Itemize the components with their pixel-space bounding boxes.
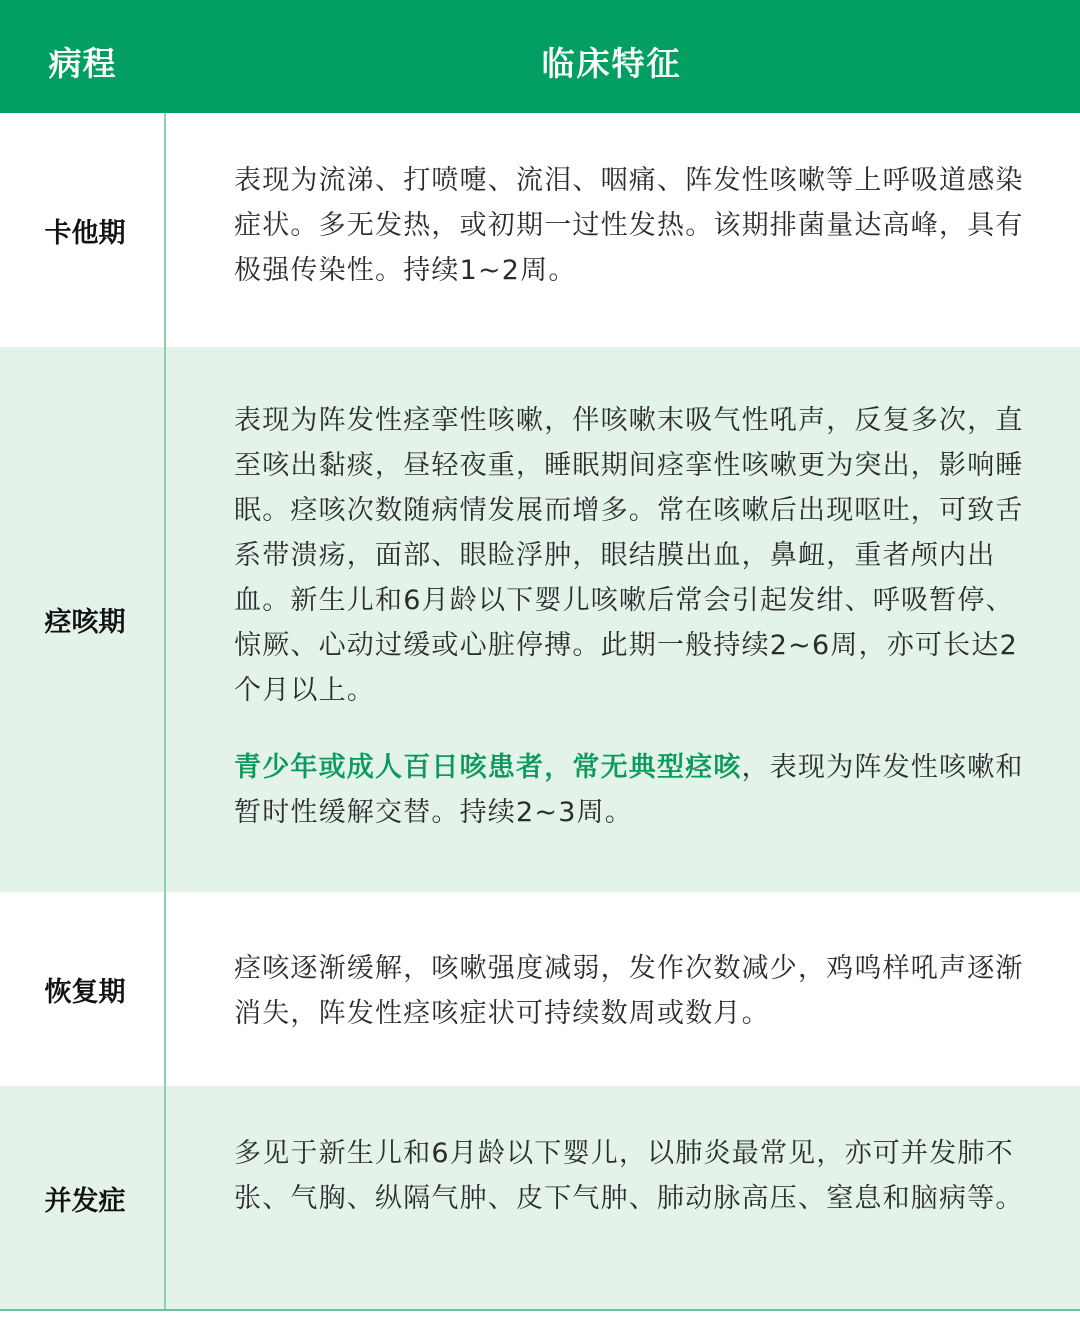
description-paragraph: 表现为流涕、打喷嚏、流泪、咽痛、阵发性咳嗽等上呼吸道感染症状。多无发热，或初期一… bbox=[234, 158, 1024, 293]
description-paragraph: 痉咳逐渐缓解，咳嗽强度减弱，发作次数减少，鸡鸣样吼声逐渐消失，阵发性痉咳症状可持… bbox=[234, 946, 1024, 1036]
stage-description: 多见于新生儿和6月龄以下婴儿，以肺炎最常见，亦可并发肺不张、气胸、纵隔气肿、皮下… bbox=[234, 1131, 1024, 1221]
table-header: 病程 临床特征 bbox=[0, 0, 1080, 113]
stage-description: 表现为阵发性痉挛性咳嗽，伴咳嗽末吸气性吼声，反复多次，直至咳出黏痰，昼轻夜重，睡… bbox=[234, 398, 1024, 835]
table-row: 恢复期 痉咳逐渐缓解，咳嗽强度减弱，发作次数减少，鸡鸣样吼声逐渐消失，阵发性痉咳… bbox=[0, 892, 1080, 1086]
description-paragraph: 多见于新生儿和6月龄以下婴儿，以肺炎最常见，亦可并发肺不张、气胸、纵隔气肿、皮下… bbox=[234, 1131, 1024, 1221]
table-row: 卡他期 表现为流涕、打喷嚏、流泪、咽痛、阵发性咳嗽等上呼吸道感染症状。多无发热，… bbox=[0, 113, 1080, 347]
highlighted-text: 青少年或成人百日咳患者，常无典型痉咳 bbox=[234, 752, 742, 783]
header-clinical-features: 临床特征 bbox=[165, 0, 1058, 113]
stage-label: 卡他期 bbox=[0, 113, 170, 347]
description-paragraph: 青少年或成人百日咳患者，常无典型痉咳，表现为阵发性咳嗽和暂时性缓解交替。持续2~… bbox=[234, 745, 1024, 835]
table-row: 痉咳期 表现为阵发性痉挛性咳嗽，伴咳嗽末吸气性吼声，反复多次，直至咳出黏痰，昼轻… bbox=[0, 347, 1080, 892]
table-row: 并发症 多见于新生儿和6月龄以下婴儿，以肺炎最常见，亦可并发肺不张、气胸、纵隔气… bbox=[0, 1086, 1080, 1310]
description-paragraph: 表现为阵发性痉挛性咳嗽，伴咳嗽末吸气性吼声，反复多次，直至咳出黏痰，昼轻夜重，睡… bbox=[234, 398, 1024, 713]
stage-description: 痉咳逐渐缓解，咳嗽强度减弱，发作次数减少，鸡鸣样吼声逐渐消失，阵发性痉咳症状可持… bbox=[234, 946, 1024, 1036]
stage-label: 并发症 bbox=[0, 1086, 170, 1310]
header-stage: 病程 bbox=[0, 0, 165, 113]
stage-label: 痉咳期 bbox=[0, 347, 170, 892]
column-divider bbox=[164, 113, 166, 1310]
table-bottom-border bbox=[0, 1309, 1080, 1311]
stage-description: 表现为流涕、打喷嚏、流泪、咽痛、阵发性咳嗽等上呼吸道感染症状。多无发热，或初期一… bbox=[234, 158, 1024, 293]
stage-label: 恢复期 bbox=[0, 892, 170, 1086]
